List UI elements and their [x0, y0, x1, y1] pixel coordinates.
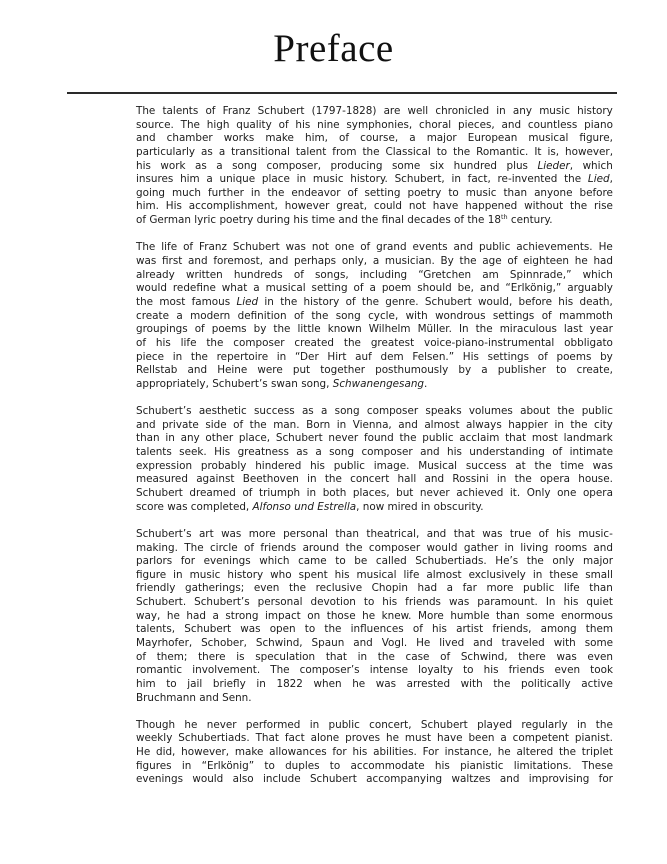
text-line: source.Thehighqualityofhisninesymphonies…: [136, 119, 613, 133]
text-line: thaninanyotherplace,Schubertneverfoundth…: [136, 432, 613, 446]
text-line: goingmuchfurtherintheendeavorofsettingpo…: [136, 187, 613, 201]
text-line: Schubert’sartwasmorepersonalthantheatric…: [136, 528, 613, 542]
paragraph-2: ThelifeofFranzSchubertwasnotoneofgrandev…: [136, 241, 613, 391]
text-line: themostfamousLiedinthehistoryofthegenre.…: [136, 296, 613, 310]
text-line: himtojailbrieflyin1822whenhewasarrestedw…: [136, 678, 613, 692]
paragraph-3: Schubert’saestheticsuccessasasongcompose…: [136, 405, 613, 514]
text-line: createamoderndefinitionofthesongcycle,wi…: [136, 310, 613, 324]
text-line: hisworkasasongcomposer,producingsomesixh…: [136, 160, 613, 174]
text-line: Schubert.Schubert’spersonaldevotiontohis…: [136, 596, 613, 610]
text-line: Schubert’saestheticsuccessasasongcompose…: [136, 405, 613, 419]
text-line: talents,Schubertwasopentotheinfluencesof…: [136, 623, 613, 637]
paragraph-5: Thoughheneverperformedinpublicconcert,Sc…: [136, 719, 613, 787]
text-line: of German lyric poetry during his time a…: [136, 214, 613, 228]
text-line: insureshimauniqueplaceinmusichistory.Sch…: [136, 173, 613, 187]
text-line: figureinmusichistorywhospenthismusicalli…: [136, 569, 613, 583]
text-line: making.Thecircleoffriendsaroundthecompos…: [136, 542, 613, 556]
text-line: eveningswouldalsoincludeSchubertaccompan…: [136, 773, 613, 787]
text-line: Mayrhofer,Schober,Schwind,SpaunandVogl.H…: [136, 637, 613, 651]
text-line: ThelifeofFranzSchubertwasnotoneofgrandev…: [136, 241, 613, 255]
text-line: ThetalentsofFranzSchubert(1797-1828)arew…: [136, 105, 613, 119]
page-title: Preface: [0, 27, 667, 71]
text-line: groupingsofpoemsbythelittleknownWilhelmM…: [136, 323, 613, 337]
text-line: expressionprobablyhinderedhispublicimage…: [136, 460, 613, 474]
text-line: appropriately, Schubert’s swan song, Sch…: [136, 378, 613, 392]
text-line: Thoughheneverperformedinpublicconcert,Sc…: [136, 719, 613, 733]
text-line: measuredagainstBeethovenintheconcerthall…: [136, 473, 613, 487]
text-line: friendlygatherings;eventhereclusiveChopi…: [136, 582, 613, 596]
text-line: ofhislifethecomposercreatedthegreatestvo…: [136, 337, 613, 351]
text-line: andchamberworksmakehim,ofcourse,amajorEu…: [136, 132, 613, 146]
title-divider: [67, 92, 617, 94]
text-line: romanticinvolvement.Thecomposer’sintense…: [136, 664, 613, 678]
text-line: alreadywrittenhundredsofsongs,including“…: [136, 269, 613, 283]
text-line: wasfirstandforemost,andperhapsonly,amusi…: [136, 255, 613, 269]
text-line: score was completed, Alfonso und Estrell…: [136, 501, 613, 515]
text-line: talentsseek.Hisgreatnessasasongcomposera…: [136, 446, 613, 460]
text-line: figuresin“Erlkönig”toduplestoaccommodate…: [136, 760, 613, 774]
text-line: pieceintherepertoirein“DerHirtaufdemFels…: [136, 351, 613, 365]
text-line: RellstabandHeinewereputtogetherposthumou…: [136, 364, 613, 378]
text-line: Hedid,however,makeallowancesforhisabilit…: [136, 746, 613, 760]
text-line: way,hehadastrongimpactonthoseheknew.More…: [136, 610, 613, 624]
text-line: Schubertdreamedoftriumphinbothplaces,but…: [136, 487, 613, 501]
text-line: him.Hisaccomplishment,howevergreat,could…: [136, 200, 613, 214]
text-line: weeklySchubertiads.Thatfactaloneproveshe…: [136, 732, 613, 746]
paragraph-1: ThetalentsofFranzSchubert(1797-1828)arew…: [136, 105, 613, 228]
text-line: parlorsforeveningswhichcametobecalledSch…: [136, 555, 613, 569]
text-line: andprivatesideoftheman.BorninVienna,anda…: [136, 419, 613, 433]
text-line: particularlyasatransitionaltalentfromthe…: [136, 146, 613, 160]
text-line: ofthem;thereisspeculationthatinthecaseof…: [136, 651, 613, 665]
text-line: wouldredefinewhatamusicalsettingofapoems…: [136, 282, 613, 296]
preface-body: ThetalentsofFranzSchubert(1797-1828)arew…: [136, 105, 613, 801]
paragraph-4: Schubert’sartwasmorepersonalthantheatric…: [136, 528, 613, 705]
text-line: Bruchmann and Senn.: [136, 692, 613, 706]
